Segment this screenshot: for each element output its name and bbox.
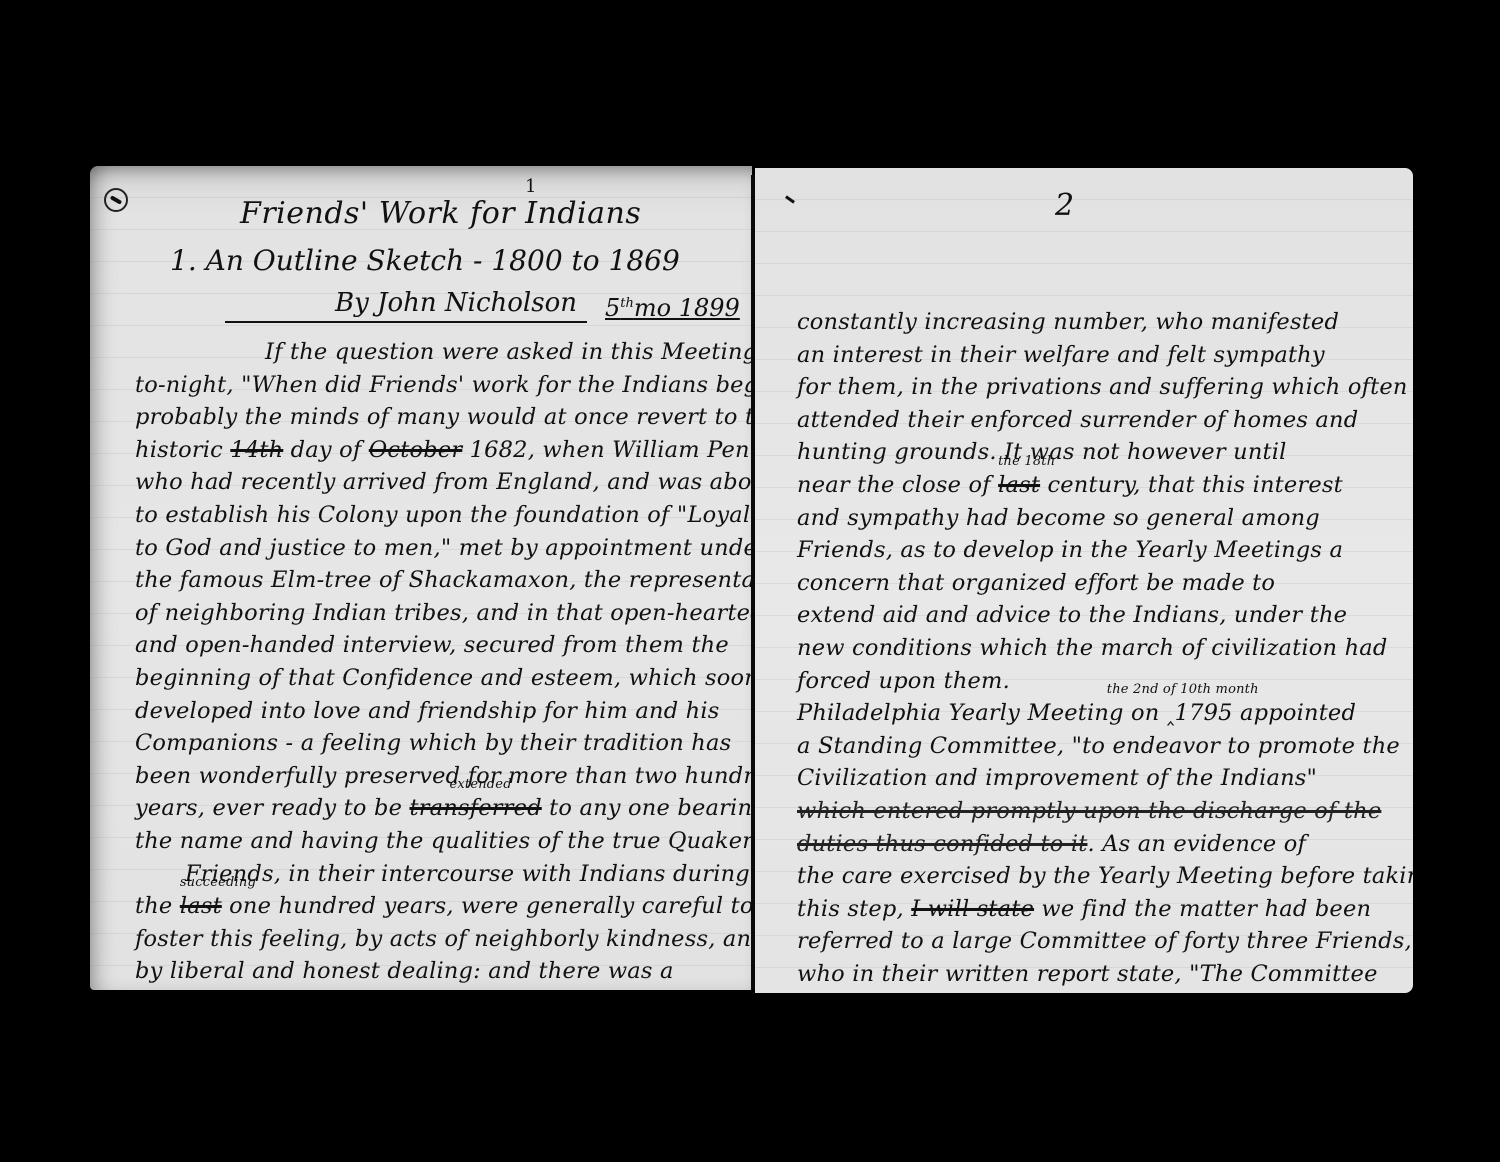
page-number: 2	[1055, 188, 1074, 223]
text-line: duties thus confided to it. As an eviden…	[755, 828, 1413, 861]
struck-text: transferred	[409, 795, 541, 821]
text-line: by liberal and honest dealing: and there…	[90, 955, 752, 988]
text-line: the famous Elm-tree of Shackamaxon, the …	[90, 564, 752, 597]
text-line: Friends, as to develop in the Yearly Mee…	[755, 534, 1413, 567]
text-line: hunting grounds. It was not however unti…	[755, 436, 1413, 469]
document-title: Friends' Work for Indians	[240, 196, 641, 231]
text-line: Philadelphia Yearly Meeting on the 2nd o…	[755, 697, 1413, 730]
text-line: developed into love and friendship for h…	[90, 695, 752, 728]
text-line: If the question were asked in this Meeti…	[90, 336, 752, 369]
text-line: who in their written report state, "The …	[755, 958, 1413, 991]
text-line: a Standing Committee, "to endeavor to pr…	[755, 730, 1413, 763]
text-line: historic 14th day of October 1682, when …	[90, 434, 752, 467]
author-byline: By John Nicholson	[335, 288, 577, 318]
date-rest: mo 1899	[634, 294, 740, 322]
date-day-suffix: th	[620, 296, 634, 311]
text-line: extend aid and advice to the Indians, un…	[755, 599, 1413, 632]
inserted-text: the 2nd of 10th month	[1107, 683, 1259, 696]
date-day: 5	[605, 294, 620, 322]
text-line: an interest in their welfare and felt sy…	[755, 339, 1413, 372]
text-line: to-night, "When did Friends' work for th…	[90, 369, 752, 402]
text-line: foster this feeling, by acts of neighbor…	[90, 923, 752, 956]
text-line: for them, in the privations and sufferin…	[755, 371, 1413, 404]
inserted-text: the 18th	[998, 455, 1055, 468]
text-line: new conditions which the march of civili…	[755, 632, 1413, 665]
text-line: Companions - a feeling which by their tr…	[90, 727, 752, 760]
text-line: and open-handed interview, secured from …	[90, 629, 752, 662]
text-line: and sympathy had become so general among	[755, 502, 1413, 535]
struck-text: last	[998, 472, 1040, 498]
text-line: the succeedinglast one hundred years, we…	[90, 890, 752, 923]
text-line: to establish his Colony upon the foundat…	[90, 499, 752, 532]
struck-text: last	[180, 893, 222, 919]
page-2-text-lines: constantly increasing number, who manife…	[755, 306, 1413, 990]
text-line: who had recently arrived from England, a…	[90, 466, 752, 499]
text-line: which entered promptly upon the discharg…	[755, 795, 1413, 828]
manuscript-page-2: 2 constantly increasing number, who mani…	[755, 168, 1413, 993]
struck-text: I will state	[911, 896, 1034, 922]
text-line: probably the minds of many would at once…	[90, 401, 752, 434]
document-subtitle: 1. An Outline Sketch - 1800 to 1869	[170, 244, 680, 277]
text-line: concern that organized effort be made to	[755, 567, 1413, 600]
struck-text: 14th	[230, 437, 283, 463]
text-line: years, ever ready to be extendedtransfer…	[90, 792, 752, 825]
struck-text: duties thus confided to it	[797, 831, 1087, 857]
text-line: the care exercised by the Yearly Meeting…	[755, 860, 1413, 893]
text-line: been wonderfully preserved for more than…	[90, 760, 752, 793]
text-line: the name and having the qualities of the…	[90, 825, 752, 858]
page-1-text-lines: If the question were asked in this Meeti…	[90, 336, 752, 988]
inserted-text: extended	[449, 778, 511, 791]
text-line: forced upon them.	[755, 665, 1413, 698]
text-line: this step, I will state we find the matt…	[755, 893, 1413, 926]
text-line: near the close of the 18thlast century, …	[755, 469, 1413, 502]
struck-text: which entered promptly upon the discharg…	[797, 798, 1381, 824]
circled-mark-icon	[104, 188, 128, 212]
text-line: beginning of that Confidence and esteem,…	[90, 662, 752, 695]
text-line: of neighboring Indian tribes, and in tha…	[90, 597, 752, 630]
text-line: referred to a large Committee of forty t…	[755, 925, 1413, 958]
tick-mark-icon	[785, 195, 795, 203]
text-line: attended their enforced surrender of hom…	[755, 404, 1413, 437]
inserted-text: succeeding	[180, 876, 256, 889]
text-line: to God and justice to men," met by appoi…	[90, 532, 752, 565]
document-date: 5thmo 1899	[605, 294, 740, 322]
title-underline-divider	[225, 321, 587, 323]
manuscript-page-1: 1 Friends' Work for Indians 1. An Outlin…	[90, 166, 752, 990]
text-line: constantly increasing number, who manife…	[755, 306, 1413, 339]
title-accent-mark: 1	[525, 176, 536, 197]
text-line: Civilization and improvement of the Indi…	[755, 762, 1413, 795]
struck-text: October	[369, 437, 463, 463]
